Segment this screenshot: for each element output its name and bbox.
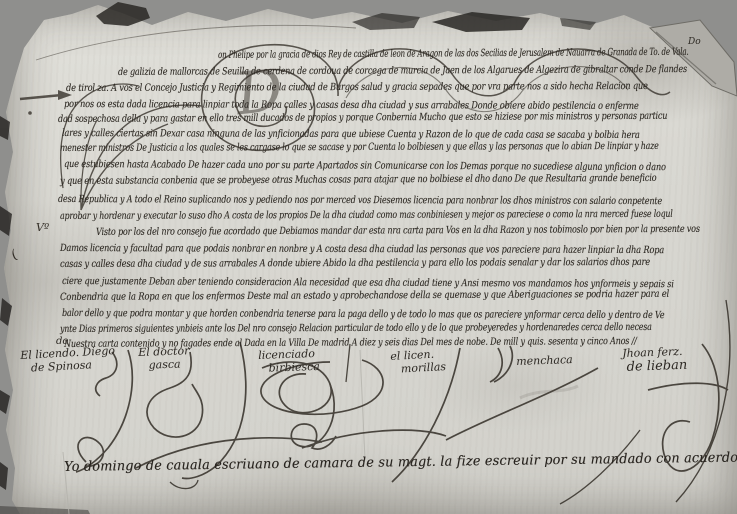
margin-visto-mark: Vº [36, 221, 49, 234]
manuscript-line-7: menester ministros De Justicia a los qua… [60, 141, 659, 154]
superscript-do-signature: do [56, 336, 68, 347]
manuscript-line-3: de tirol za. A vos el Concejo Justicia y… [66, 81, 648, 94]
signature-block-3: licenciado birbiesca [258, 348, 320, 375]
manuscript-line-10: desa Republica y A todo el Reino suplica… [58, 194, 662, 207]
signature-block-4: el licen. morillas [390, 348, 446, 376]
signature-name: birbiesca [258, 360, 320, 375]
manuscript-photo: D Do on Phelipe por la gracia de dios Re… [0, 0, 737, 514]
signature-block-1: El licendo. Diego de Spinosa [20, 345, 116, 375]
manuscript-line-17: balor dello y que podra montar y que hor… [62, 308, 664, 321]
manuscript-line-11: aprobar y hordenar y executar lo suso dh… [60, 209, 673, 222]
signature-name: gasca [138, 358, 190, 372]
signature-block-5: menchaca [516, 354, 573, 369]
manuscript-line-13: Damos licencia y facultad para que podai… [60, 243, 664, 256]
manuscript-line-14: casas y calles desa dha ciudad y de sus … [60, 257, 650, 270]
manuscript-line-4: por nos os esta dada licencia para linpi… [64, 99, 639, 112]
manuscript-line-6: lares y calles ciertas sin Dexar casa ni… [62, 128, 640, 141]
manuscript-line-18: ynte Dias primeros siguientes ynbieis an… [60, 322, 652, 335]
signature-name: El doctor [138, 344, 190, 359]
signature-name: menchaca [516, 353, 573, 368]
signature-block-6: Jhoan ferz. de lieban [622, 346, 688, 376]
superscript-do-top: Do [688, 37, 701, 47]
signature-block-2: El doctor gasca [138, 345, 190, 372]
signature-name: de lieban [622, 358, 687, 375]
